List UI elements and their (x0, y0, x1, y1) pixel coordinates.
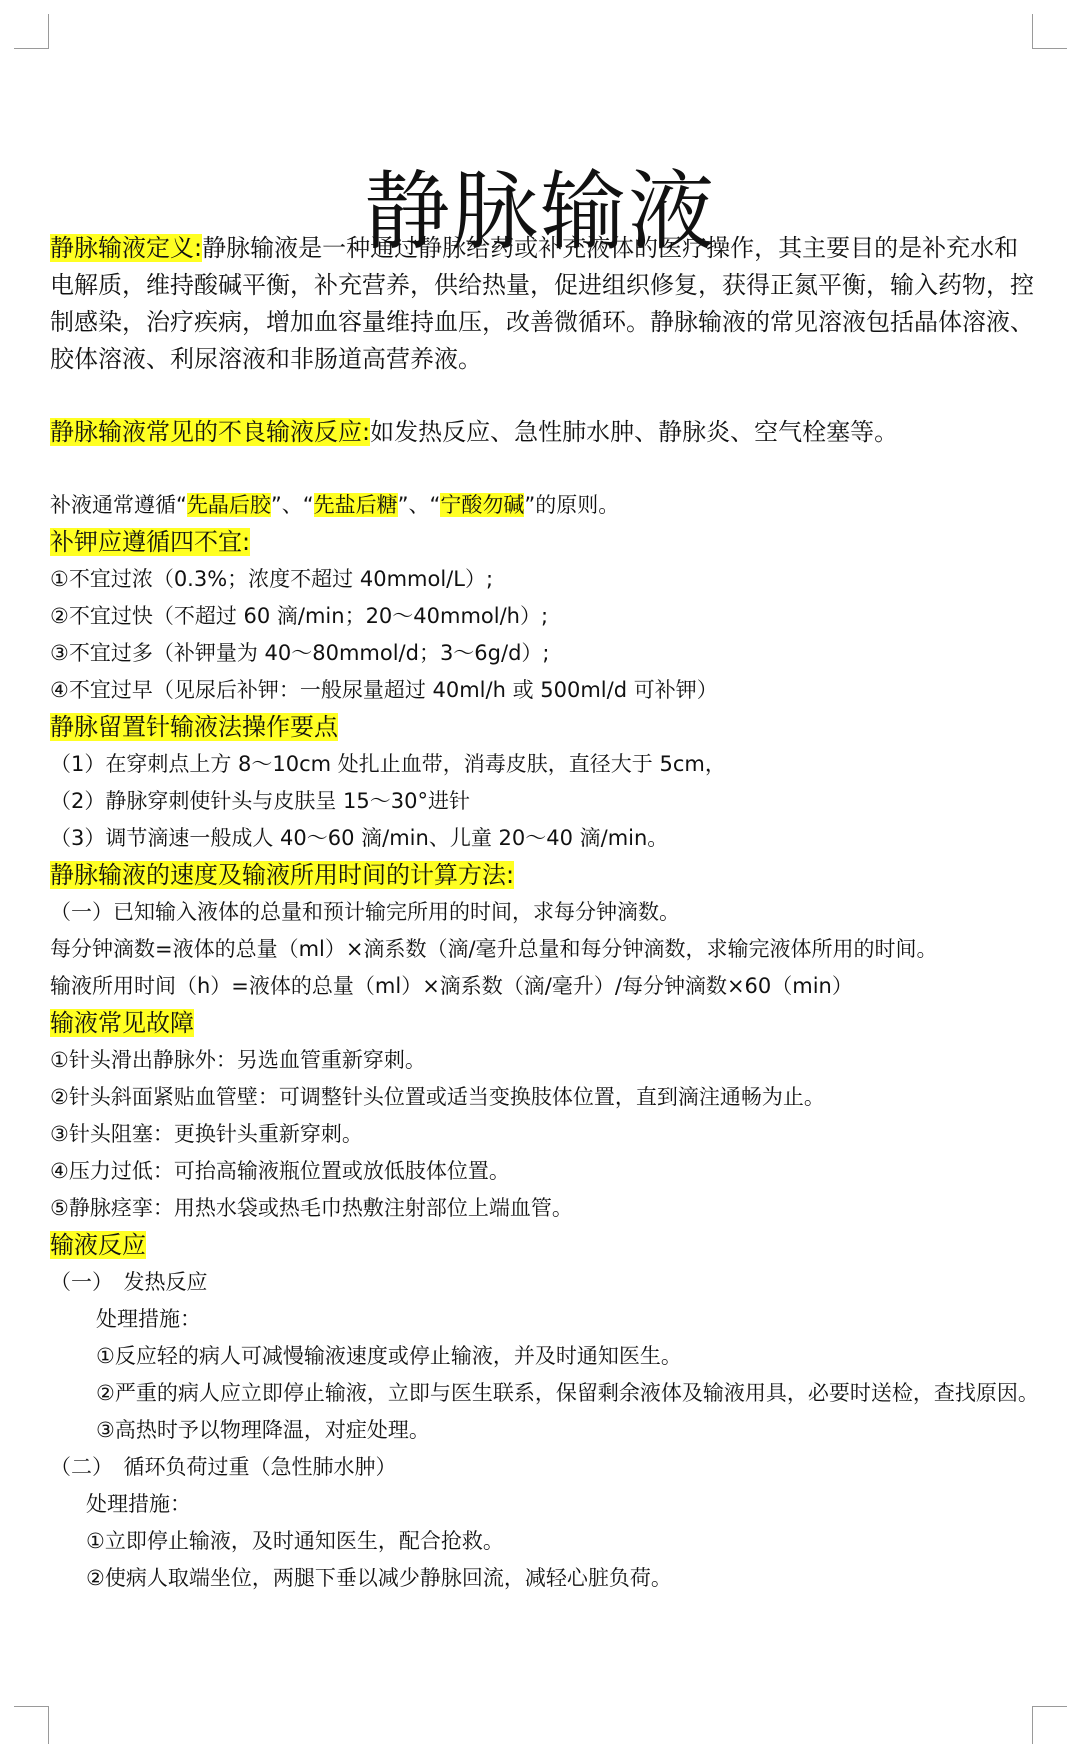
definition-label: 静脉输液定义: (50, 234, 202, 262)
principle-sep: ”、“ (398, 493, 441, 517)
principle-line: 补液通常遵循“先晶后胶”、“先盐后糖”、“宁酸勿碱”的原则。 (50, 487, 1040, 524)
calculation-line: 输液所用时间（h）=液体的总量（ml）×滴系数（滴/毫升）/每分钟滴数×60（m… (50, 968, 1040, 1005)
list-item: ②不宜过快（不超过 60 滴/min；20～40mmol/h）; (50, 598, 1040, 635)
list-item: ③针头阻塞：更换针头重新穿刺。 (50, 1116, 1040, 1153)
adverse-reactions-paragraph: 静脉输液常见的不良输液反应:如发热反应、急性肺水肿、静脉炎、空气栓塞等。 (50, 414, 1040, 451)
list-item: ②使病人取端坐位，两腿下垂以减少静脉回流，减轻心脏负荷。 (50, 1560, 1040, 1597)
adverse-label: 静脉输液常见的不良输液反应: (50, 418, 370, 446)
list-item: ①立即停止输液，及时通知医生，配合抢救。 (50, 1523, 1040, 1560)
calculation-line: 每分钟滴数=液体的总量（ml）×滴系数（滴/毫升总量和每分钟滴数，求输完液体所用… (50, 931, 1040, 968)
calculation-heading: 静脉输液的速度及输液所用时间的计算方法: (50, 861, 514, 889)
crop-mark-bottom-left (14, 1706, 49, 1744)
potassium-heading: 补钾应遵循四不宜: (50, 528, 250, 556)
principle-salt-first: 先盐后糖 (314, 493, 398, 517)
principle-crystal-first: 先晶后胶 (187, 493, 271, 517)
list-item: ④压力过低：可抬高输液瓶位置或放低肢体位置。 (50, 1153, 1040, 1190)
list-item: ③不宜过多（补钾量为 40～80mmol/d；3～6g/d）; (50, 635, 1040, 672)
list-item: ③高热时予以物理降温，对症处理。 (50, 1412, 1040, 1449)
list-item: （2）静脉穿刺使针头与皮肤呈 15～30°进针 (50, 783, 1040, 820)
list-item: ②针头斜面紧贴血管壁：可调整针头位置或适当变换肢体位置，直到滴注通畅为止。 (50, 1079, 1040, 1116)
principle-acid-not-alkali: 宁酸勿碱 (440, 493, 524, 517)
faults-heading: 输液常见故障 (50, 1009, 194, 1037)
document-body: 静脉输液定义:静脉输液是一种通过静脉给药或补充液体的医疗操作，其主要目的是补充水… (50, 230, 1040, 1597)
list-item: （1）在穿刺点上方 8～10cm 处扎止血带，消毒皮肤，直径大于 5cm， (50, 746, 1040, 783)
crop-mark-top-left (14, 14, 49, 49)
list-item: ①不宜过浓（0.3%；浓度不超过 40mmol/L）; (50, 561, 1040, 598)
list-item: ①针头滑出静脉外：另选血管重新穿刺。 (50, 1042, 1040, 1079)
fever-title: （一） 发热反应 (50, 1264, 1040, 1301)
overload-measures-label: 处理措施： (50, 1486, 1040, 1523)
definition-paragraph: 静脉输液定义:静脉输液是一种通过静脉给药或补充液体的医疗操作，其主要目的是补充水… (50, 230, 1040, 378)
calculation-line: （一）已知输入液体的总量和预计输完所用的时间，求每分钟滴数。 (50, 894, 1040, 931)
fever-measures-label: 处理措施： (50, 1301, 1040, 1338)
crop-mark-bottom-right (1032, 1706, 1067, 1744)
principle-prefix: 补液通常遵循“ (50, 493, 187, 517)
principle-suffix: ”的原则。 (524, 493, 619, 517)
list-item: ①反应轻的病人可减慢输液速度或停止输液，并及时通知医生。 (50, 1338, 1040, 1375)
crop-mark-top-right (1032, 14, 1067, 49)
indwelling-heading: 静脉留置针输液法操作要点 (50, 713, 338, 741)
list-item: ②严重的病人应立即停止输液，立即与医生联系，保留剩余液体及输液用具，必要时送检，… (50, 1375, 1040, 1412)
adverse-text: 如发热反应、急性肺水肿、静脉炎、空气栓塞等。 (370, 418, 898, 446)
principle-sep: ”、“ (271, 493, 314, 517)
list-item: ⑤静脉痉挛：用热水袋或热毛巾热敷注射部位上端血管。 (50, 1190, 1040, 1227)
overload-title: （二） 循环负荷过重（急性肺水肿） (50, 1449, 1040, 1486)
list-item: ④不宜过早（见尿后补钾：一般尿量超过 40ml/h 或 500ml/d 可补钾） (50, 672, 1040, 709)
list-item: （3）调节滴速一般成人 40～60 滴/min、儿童 20～40 滴/min。 (50, 820, 1040, 857)
reactions-heading: 输液反应 (50, 1231, 146, 1259)
